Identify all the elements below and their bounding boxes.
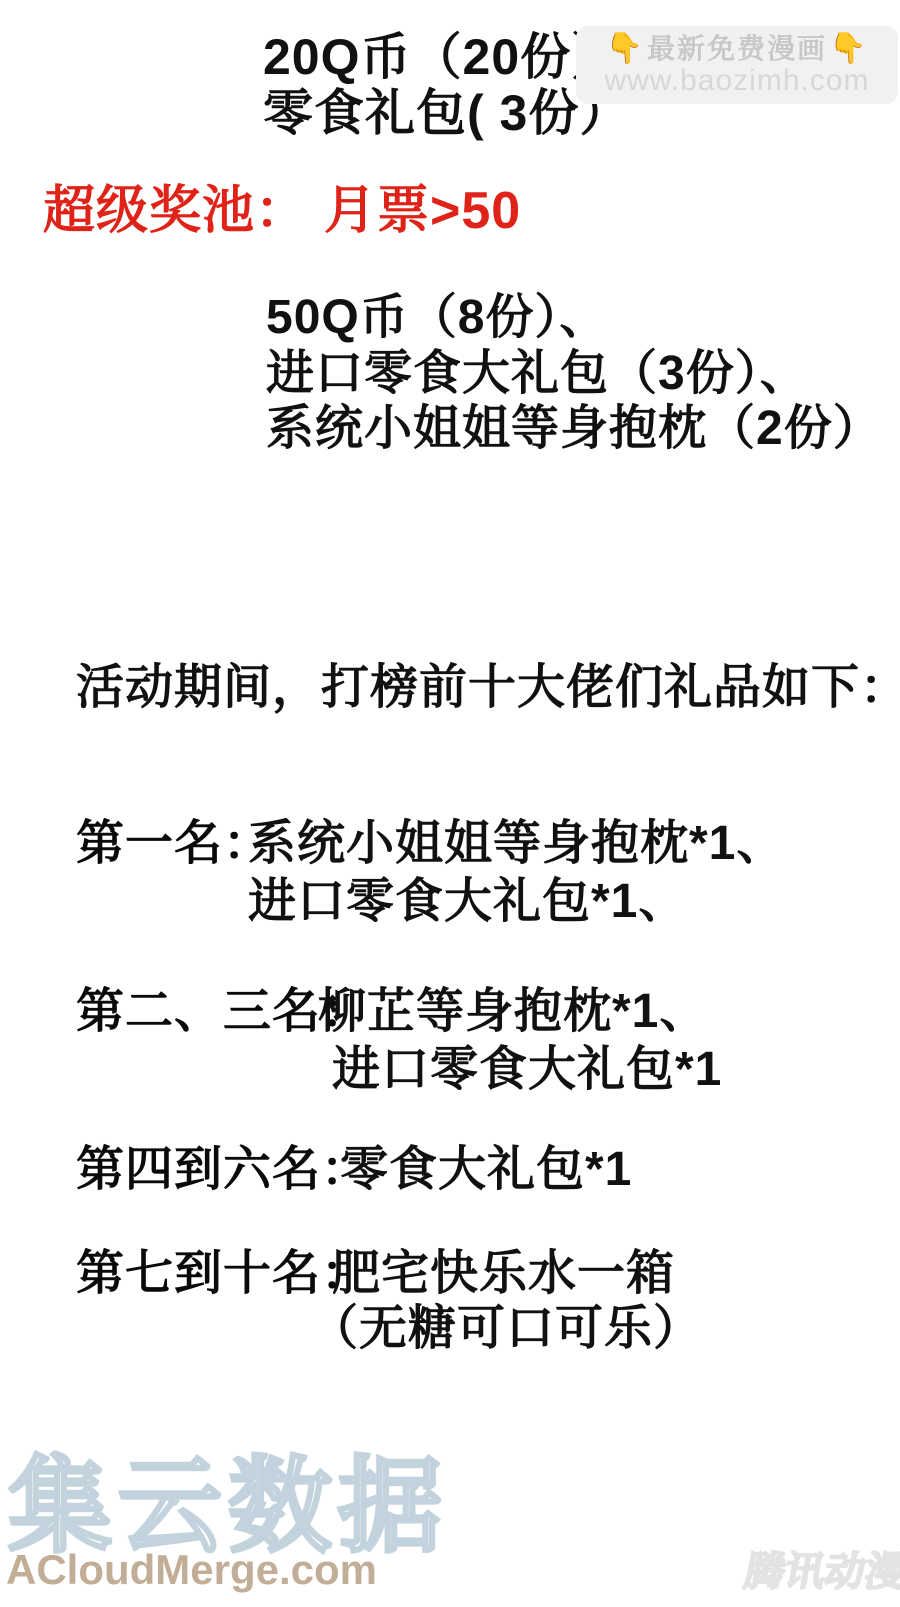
rank-1-prize-line-2: 进口零食大礼包*1、 [248,876,687,929]
site-watermark-box: 👇 最新免费漫画 👇 www.baozimh.com [576,26,898,104]
super-pool-label: 超级奖池： [43,185,308,237]
acloudmerge-watermark-url: ACloudMerge.com [6,1549,377,1591]
point-down-emoji: 👇 [829,34,868,64]
site-watermark-url: www.baozimh.com [604,66,869,96]
site-watermark-text: 最新免费漫画 [647,35,827,63]
acloudmerge-watermark-title: 集云数据 [8,1455,448,1559]
super-prize-line-3: 系统小姐姐等身抱枕（2份） [266,403,882,456]
super-pool-heading: 超级奖池： 月票>50 [43,185,521,237]
rank-7-10-prize-line-2: （无糖可口可乐） [310,1303,702,1356]
rank-1-prize-line-1: 系统小姐姐等身抱枕*1、 [248,818,785,871]
rank-4-6-prize-line-1: 零食大礼包*1 [340,1144,632,1197]
rank-4-6-label: 第四到六名： [76,1144,370,1197]
ranking-intro: 活动期间，打榜前十大佬们礼品如下： [76,662,900,715]
comic-announcement-page: 20Q币（20份）、 零食礼包( 3份） 👇 最新免费漫画 👇 www.baoz… [0,0,900,1607]
rank-7-10-prize-line-1: 肥宅快乐水一箱 [332,1248,675,1301]
rank-2-3-prize-line-1: 柳芷等身抱枕*1、 [318,986,708,1039]
tencent-comics-watermark: 腾讯动漫 [741,1552,900,1592]
site-watermark-title: 👇 最新免费漫画 👇 [606,34,869,64]
super-prize-line-1: 50Q币（8份）、 [266,292,608,345]
rank-2-3-prize-line-2: 进口零食大礼包*1 [332,1044,722,1097]
super-pool-threshold: 月票>50 [324,185,521,237]
rank-1-label: 第一名： [76,818,272,871]
rank-7-10-label: 第七到十名： [76,1248,370,1301]
super-prize-line-2: 进口零食大礼包（3份）、 [266,348,809,401]
point-down-emoji: 👇 [606,34,645,64]
